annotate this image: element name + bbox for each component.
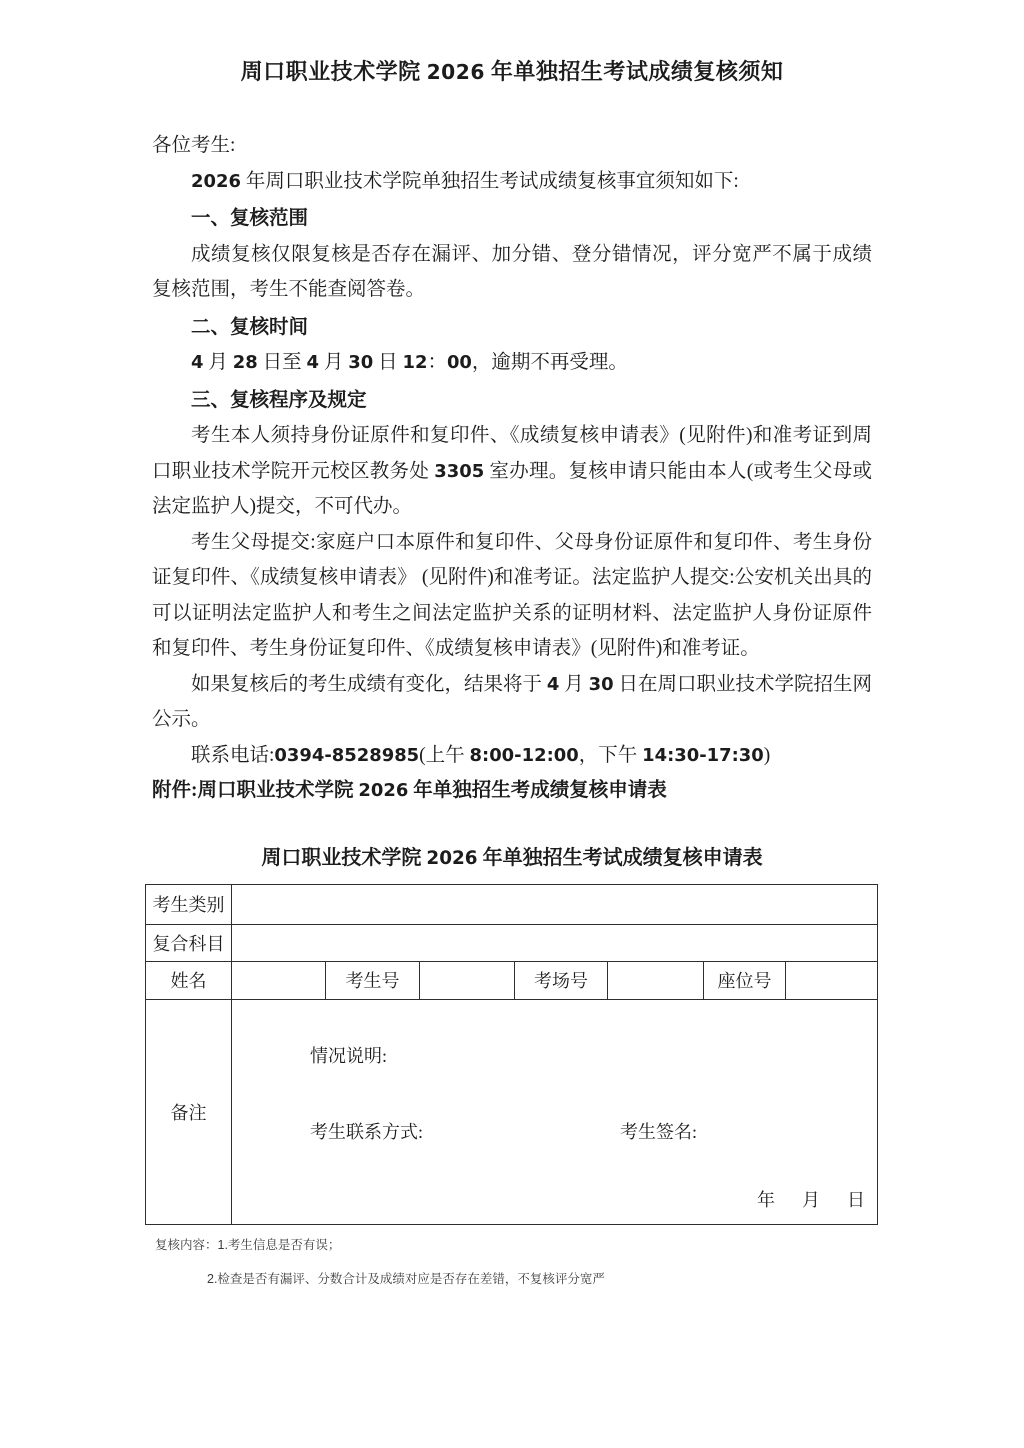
contact-line: 联系电话:0394-8528985(上午 8:00-12:00，下午 14:30…: [152, 738, 872, 774]
form-label-remarks: 备注: [146, 999, 232, 1224]
month-label: 月: [802, 1186, 820, 1212]
form-label-name: 姓名: [146, 961, 232, 999]
form-field-candidate-no: [420, 961, 515, 999]
footnote-line-1: 复核内容：1.考生信息是否有误；: [155, 1237, 872, 1253]
date-line: 年 月 日: [757, 1186, 865, 1212]
situation-label: 情况说明:: [310, 1042, 387, 1068]
application-form-table: 考生类别 复合科目 姓名 考生号 考场号 座位号 备注: [145, 884, 878, 1225]
candidate-contact-label: 考生联系方式:: [310, 1118, 423, 1144]
section-3-paragraph-3: 如果复核后的考生成绩有变化，结果将于 4 月 30 日在周口职业技术学院招生网公…: [152, 667, 872, 738]
form-field-seat-no: [786, 961, 878, 999]
remarks-cell-content: 情况说明: 考生联系方式: 考生签名: 年 月 日: [232, 1000, 877, 1224]
footnotes: 复核内容：1.考生信息是否有误； 2.检查是否有漏评、分数合计及成绩对应是否存在…: [155, 1237, 872, 1287]
form-label-seat-no: 座位号: [704, 961, 786, 999]
section-3-paragraph-1: 考生本人须持身份证原件和复印件、《成绩复核申请表》(见附件)和准考证到周口职业技…: [152, 418, 872, 525]
form-label-exam-room-no: 考场号: [515, 961, 608, 999]
form-field-exam-room-no: [608, 961, 704, 999]
section-2-heading: 二、复核时间: [152, 310, 872, 346]
form-field-review-subject: [232, 924, 878, 961]
table-row: 姓名 考生号 考场号 座位号: [146, 961, 878, 999]
form-label-review-subject: 复合科目: [146, 924, 232, 961]
year-label: 年: [757, 1186, 775, 1212]
form-title: 周口职业技术学院 2026 年单独招生考试成绩复核申请表: [152, 843, 872, 874]
footnote-line-2: 2.检查是否有漏评、分数合计及成绩对应是否存在差错，不复核评分宽严: [155, 1271, 872, 1287]
form-label-candidate-no: 考生号: [326, 961, 420, 999]
candidate-signature-label: 考生签名:: [620, 1118, 697, 1144]
table-row: 复合科目: [146, 924, 878, 961]
document-content: 周口职业技术学院 2026 年单独招生考试成绩复核须知 各位考生: 2026 年…: [0, 0, 1024, 1287]
form-field-candidate-category: [232, 884, 878, 924]
intro-paragraph: 2026 年周口职业技术学院单独招生考试成绩复核事宜须知如下:: [152, 164, 872, 200]
form-field-remarks: 情况说明: 考生联系方式: 考生签名: 年 月 日: [232, 999, 878, 1224]
section-3-paragraph-2: 考生父母提交:家庭户口本原件和复印件、父母身份证原件和复印件、考生身份证复印件、…: [152, 525, 872, 667]
section-1-body: 成绩复核仅限复核是否存在漏评、加分错、登分错情况，评分宽严不属于成绩复核范围，考…: [152, 237, 872, 308]
section-2-body: 4 月 28 日至 4 月 30 日 12：00，逾期不再受理。: [152, 345, 872, 381]
form-field-name: [232, 961, 326, 999]
notice-title: 周口职业技术学院 2026 年单独招生考试成绩复核须知: [152, 56, 872, 88]
salutation-line: 各位考生:: [152, 128, 872, 164]
table-row: 考生类别: [146, 884, 878, 924]
section-1-heading: 一、复核范围: [152, 201, 872, 237]
document-page: 周口职业技术学院 2026 年单独招生考试成绩复核须知 各位考生: 2026 年…: [0, 0, 1024, 1448]
attachment-line: 附件:周口职业技术学院 2026 年单独招生考成绩复核申请表: [152, 773, 872, 809]
form-label-candidate-category: 考生类别: [146, 884, 232, 924]
day-label: 日: [847, 1186, 865, 1212]
table-row: 备注 情况说明: 考生联系方式: 考生签名: 年 月 日: [146, 999, 878, 1224]
section-3-heading: 三、复核程序及规定: [152, 383, 872, 419]
